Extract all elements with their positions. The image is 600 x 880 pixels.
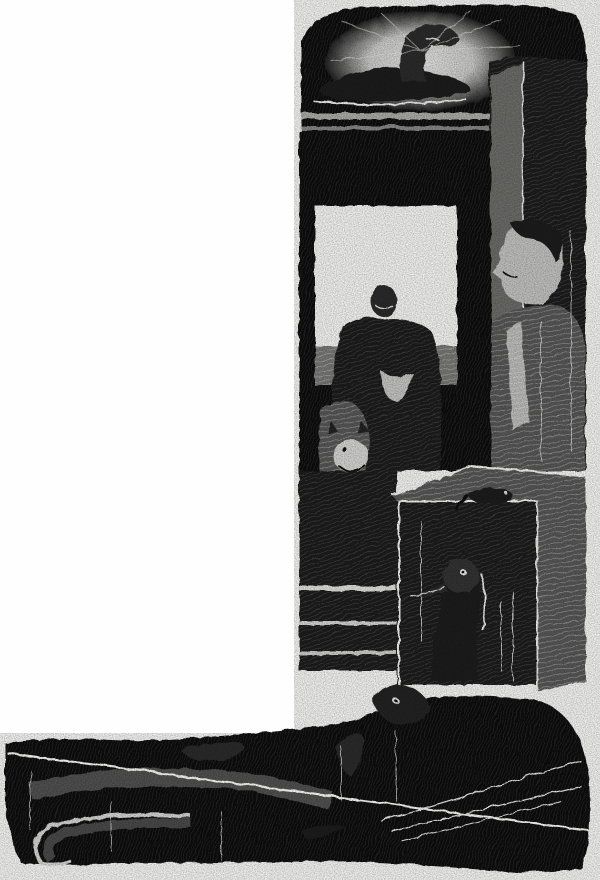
artwork-canvas [0, 0, 600, 880]
artwork [0, 0, 600, 880]
illustration-page: black-and-white pulp magazine scratchboa… [0, 0, 600, 880]
grain-overlay [0, 0, 600, 880]
